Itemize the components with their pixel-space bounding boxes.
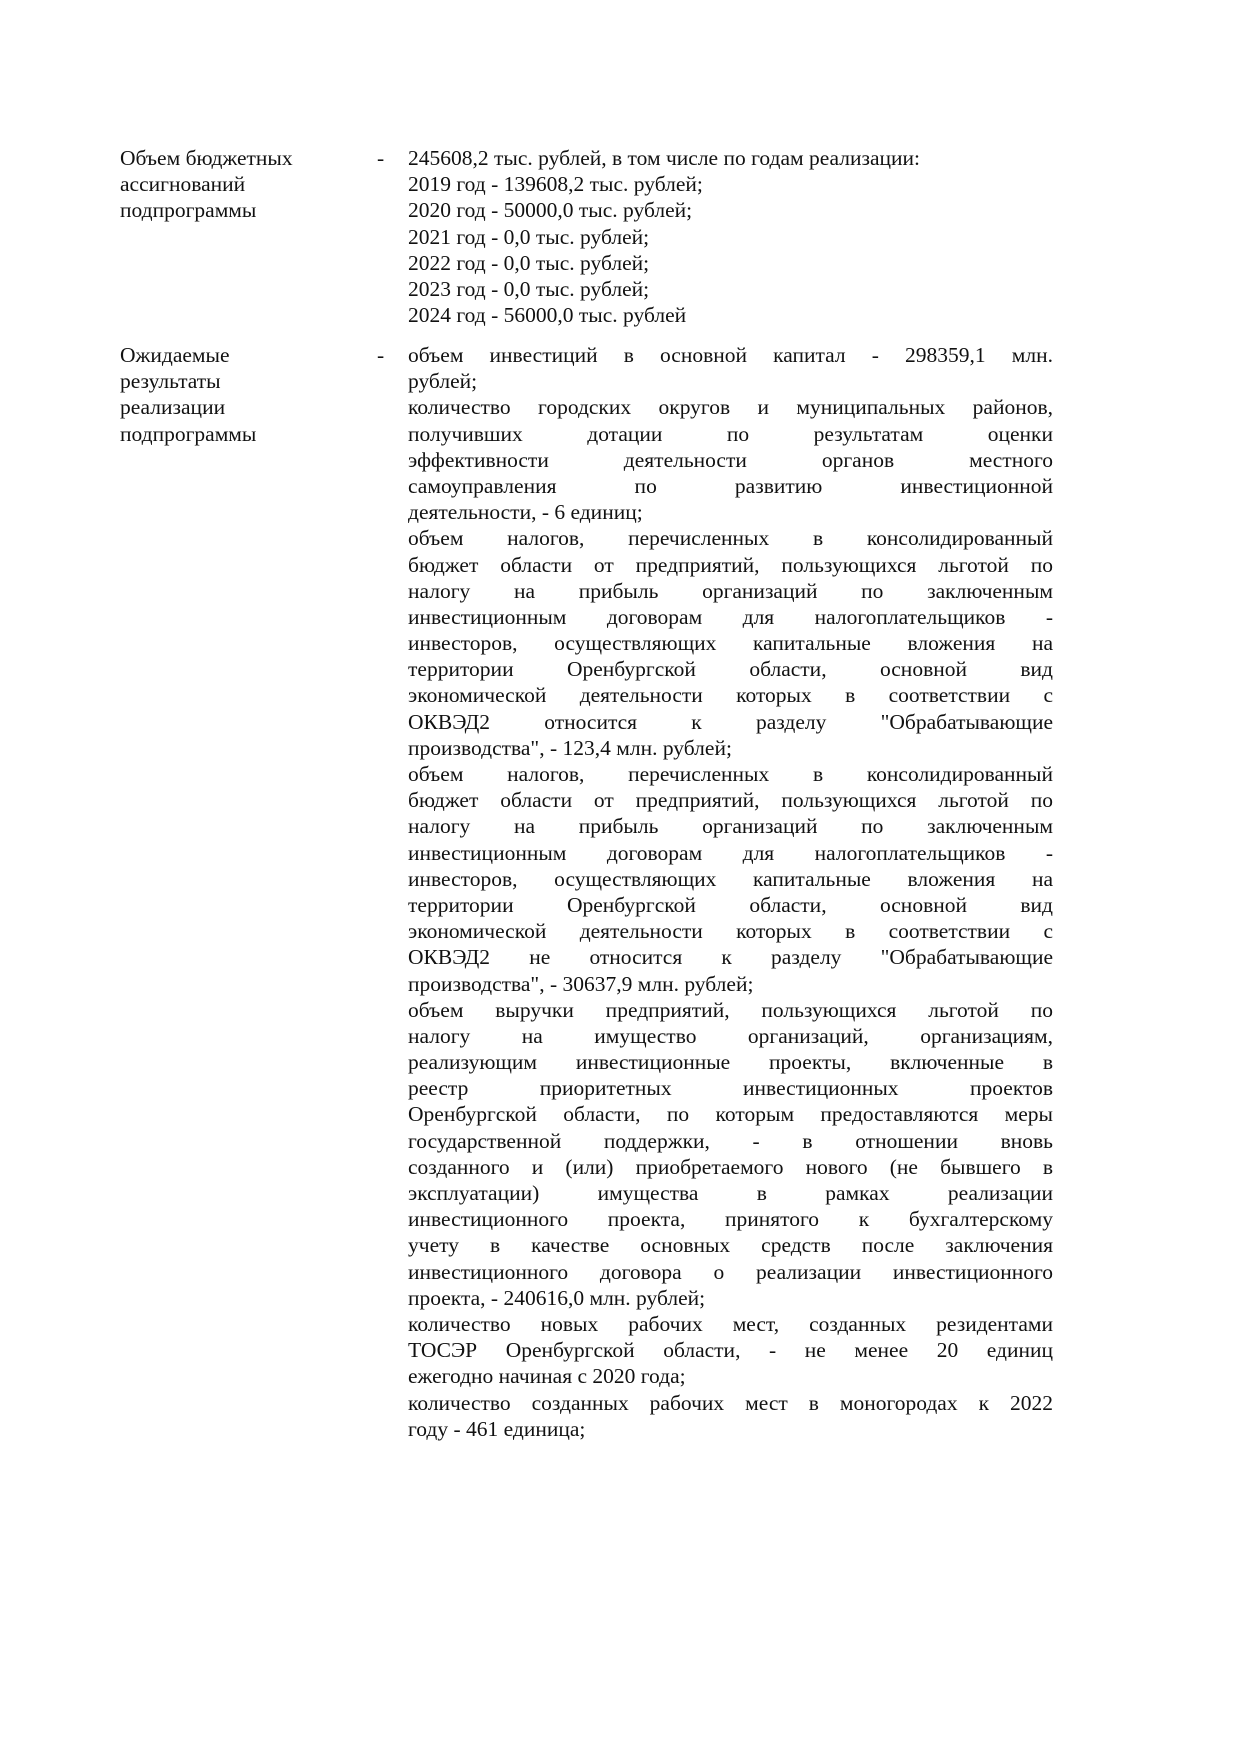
content-line: году - 461 единица; — [408, 1416, 1053, 1442]
label-line: Ожидаемые — [120, 342, 360, 368]
content-line: проекта, - 240616,0 млн. рублей; — [408, 1285, 1053, 1311]
dash-separator: - — [377, 342, 384, 368]
content-line: реализующим инвестиционные проекты, вклю… — [408, 1049, 1053, 1075]
content-line: деятельности, - 6 единиц; — [408, 499, 1053, 525]
content-line: 2019 год - 139608,2 тыс. рублей; — [408, 171, 1053, 197]
label-line: ассигнований — [120, 171, 360, 197]
content-line: рублей; — [408, 368, 1053, 394]
content-line: производства", - 30637,9 млн. рублей; — [408, 971, 1053, 997]
dash-separator: - — [377, 145, 384, 171]
content-line: инвестиционного проекта, принятого к бух… — [408, 1206, 1053, 1232]
label-line: подпрограммы — [120, 197, 360, 223]
content-line: Оренбургской области, по которым предост… — [408, 1101, 1053, 1127]
content-line: количество городских округов и муниципал… — [408, 394, 1053, 420]
label-line: подпрограммы — [120, 421, 360, 447]
section-content: 245608,2 тыс. рублей, в том числе по год… — [408, 145, 1053, 328]
content-line: ОКВЭД2 не относится к разделу "Обрабатыв… — [408, 944, 1053, 970]
content-line: созданного и (или) приобретаемого нового… — [408, 1154, 1053, 1180]
section-label: Объем бюджетныхассигнованийподпрограммы — [120, 145, 360, 224]
content-line: экономической деятельности которых в соо… — [408, 682, 1053, 708]
content-line: инвестиционного договора о реализации ин… — [408, 1259, 1053, 1285]
content-line: бюджет области от предприятий, пользующи… — [408, 787, 1053, 813]
content-line: учету в качестве основных средств после … — [408, 1232, 1053, 1258]
section-label: Ожидаемыерезультатыреализацииподпрограмм… — [120, 342, 360, 447]
content-line: производства", - 123,4 млн. рублей; — [408, 735, 1053, 761]
content-line: налогу на прибыль организаций по заключе… — [408, 578, 1053, 604]
content-line: налогу на прибыль организаций по заключе… — [408, 813, 1053, 839]
content-line: 2021 год - 0,0 тыс. рублей; — [408, 224, 1053, 250]
content-line: реестр приоритетных инвестиционных проек… — [408, 1075, 1053, 1101]
content-line: ОКВЭД2 относится к разделу "Обрабатывающ… — [408, 709, 1053, 735]
content-line: территории Оренбургской области, основно… — [408, 892, 1053, 918]
content-line: получивших дотации по результатам оценки — [408, 421, 1053, 447]
content-line: инвестиционным договорам для налогоплате… — [408, 840, 1053, 866]
document-page: Объем бюджетныхассигнованийподпрограммы … — [0, 0, 1240, 1754]
content-line: объем налогов, перечисленных в консолиди… — [408, 761, 1053, 787]
label-line: реализации — [120, 394, 360, 420]
content-line: инвесторов, осуществляющих капитальные в… — [408, 866, 1053, 892]
label-line: результаты — [120, 368, 360, 394]
content-line: ежегодно начиная с 2020 года; — [408, 1363, 1053, 1389]
content-line: объем инвестиций в основной капитал - 29… — [408, 342, 1053, 368]
content-line: 2024 год - 56000,0 тыс. рублей — [408, 302, 1053, 328]
content-line: самоуправления по развитию инвестиционно… — [408, 473, 1053, 499]
content-line: территории Оренбургской области, основно… — [408, 656, 1053, 682]
label-line: Объем бюджетных — [120, 145, 360, 171]
content-line: ТОСЭР Оренбургской области, - не менее 2… — [408, 1337, 1053, 1363]
section-content: объем инвестиций в основной капитал - 29… — [408, 342, 1053, 1442]
content-line: 2022 год - 0,0 тыс. рублей; — [408, 250, 1053, 276]
content-line: эффективности деятельности органов местн… — [408, 447, 1053, 473]
content-line: 2020 год - 50000,0 тыс. рублей; — [408, 197, 1053, 223]
content-line: экономической деятельности которых в соо… — [408, 918, 1053, 944]
content-line: инвесторов, осуществляющих капитальные в… — [408, 630, 1053, 656]
content-line: налогу на имущество организаций, организ… — [408, 1023, 1053, 1049]
content-line: эксплуатации) имущества в рамках реализа… — [408, 1180, 1053, 1206]
content-line: количество созданных рабочих мест в моно… — [408, 1390, 1053, 1416]
content-line: количество новых рабочих мест, созданных… — [408, 1311, 1053, 1337]
content-line: бюджет области от предприятий, пользующи… — [408, 552, 1053, 578]
content-line: государственной поддержки, - в отношении… — [408, 1128, 1053, 1154]
content-line: объем налогов, перечисленных в консолиди… — [408, 525, 1053, 551]
content-line: 2023 год - 0,0 тыс. рублей; — [408, 276, 1053, 302]
content-line: инвестиционным договорам для налогоплате… — [408, 604, 1053, 630]
content-line: 245608,2 тыс. рублей, в том числе по год… — [408, 145, 1053, 171]
content-line: объем выручки предприятий, пользующихся … — [408, 997, 1053, 1023]
